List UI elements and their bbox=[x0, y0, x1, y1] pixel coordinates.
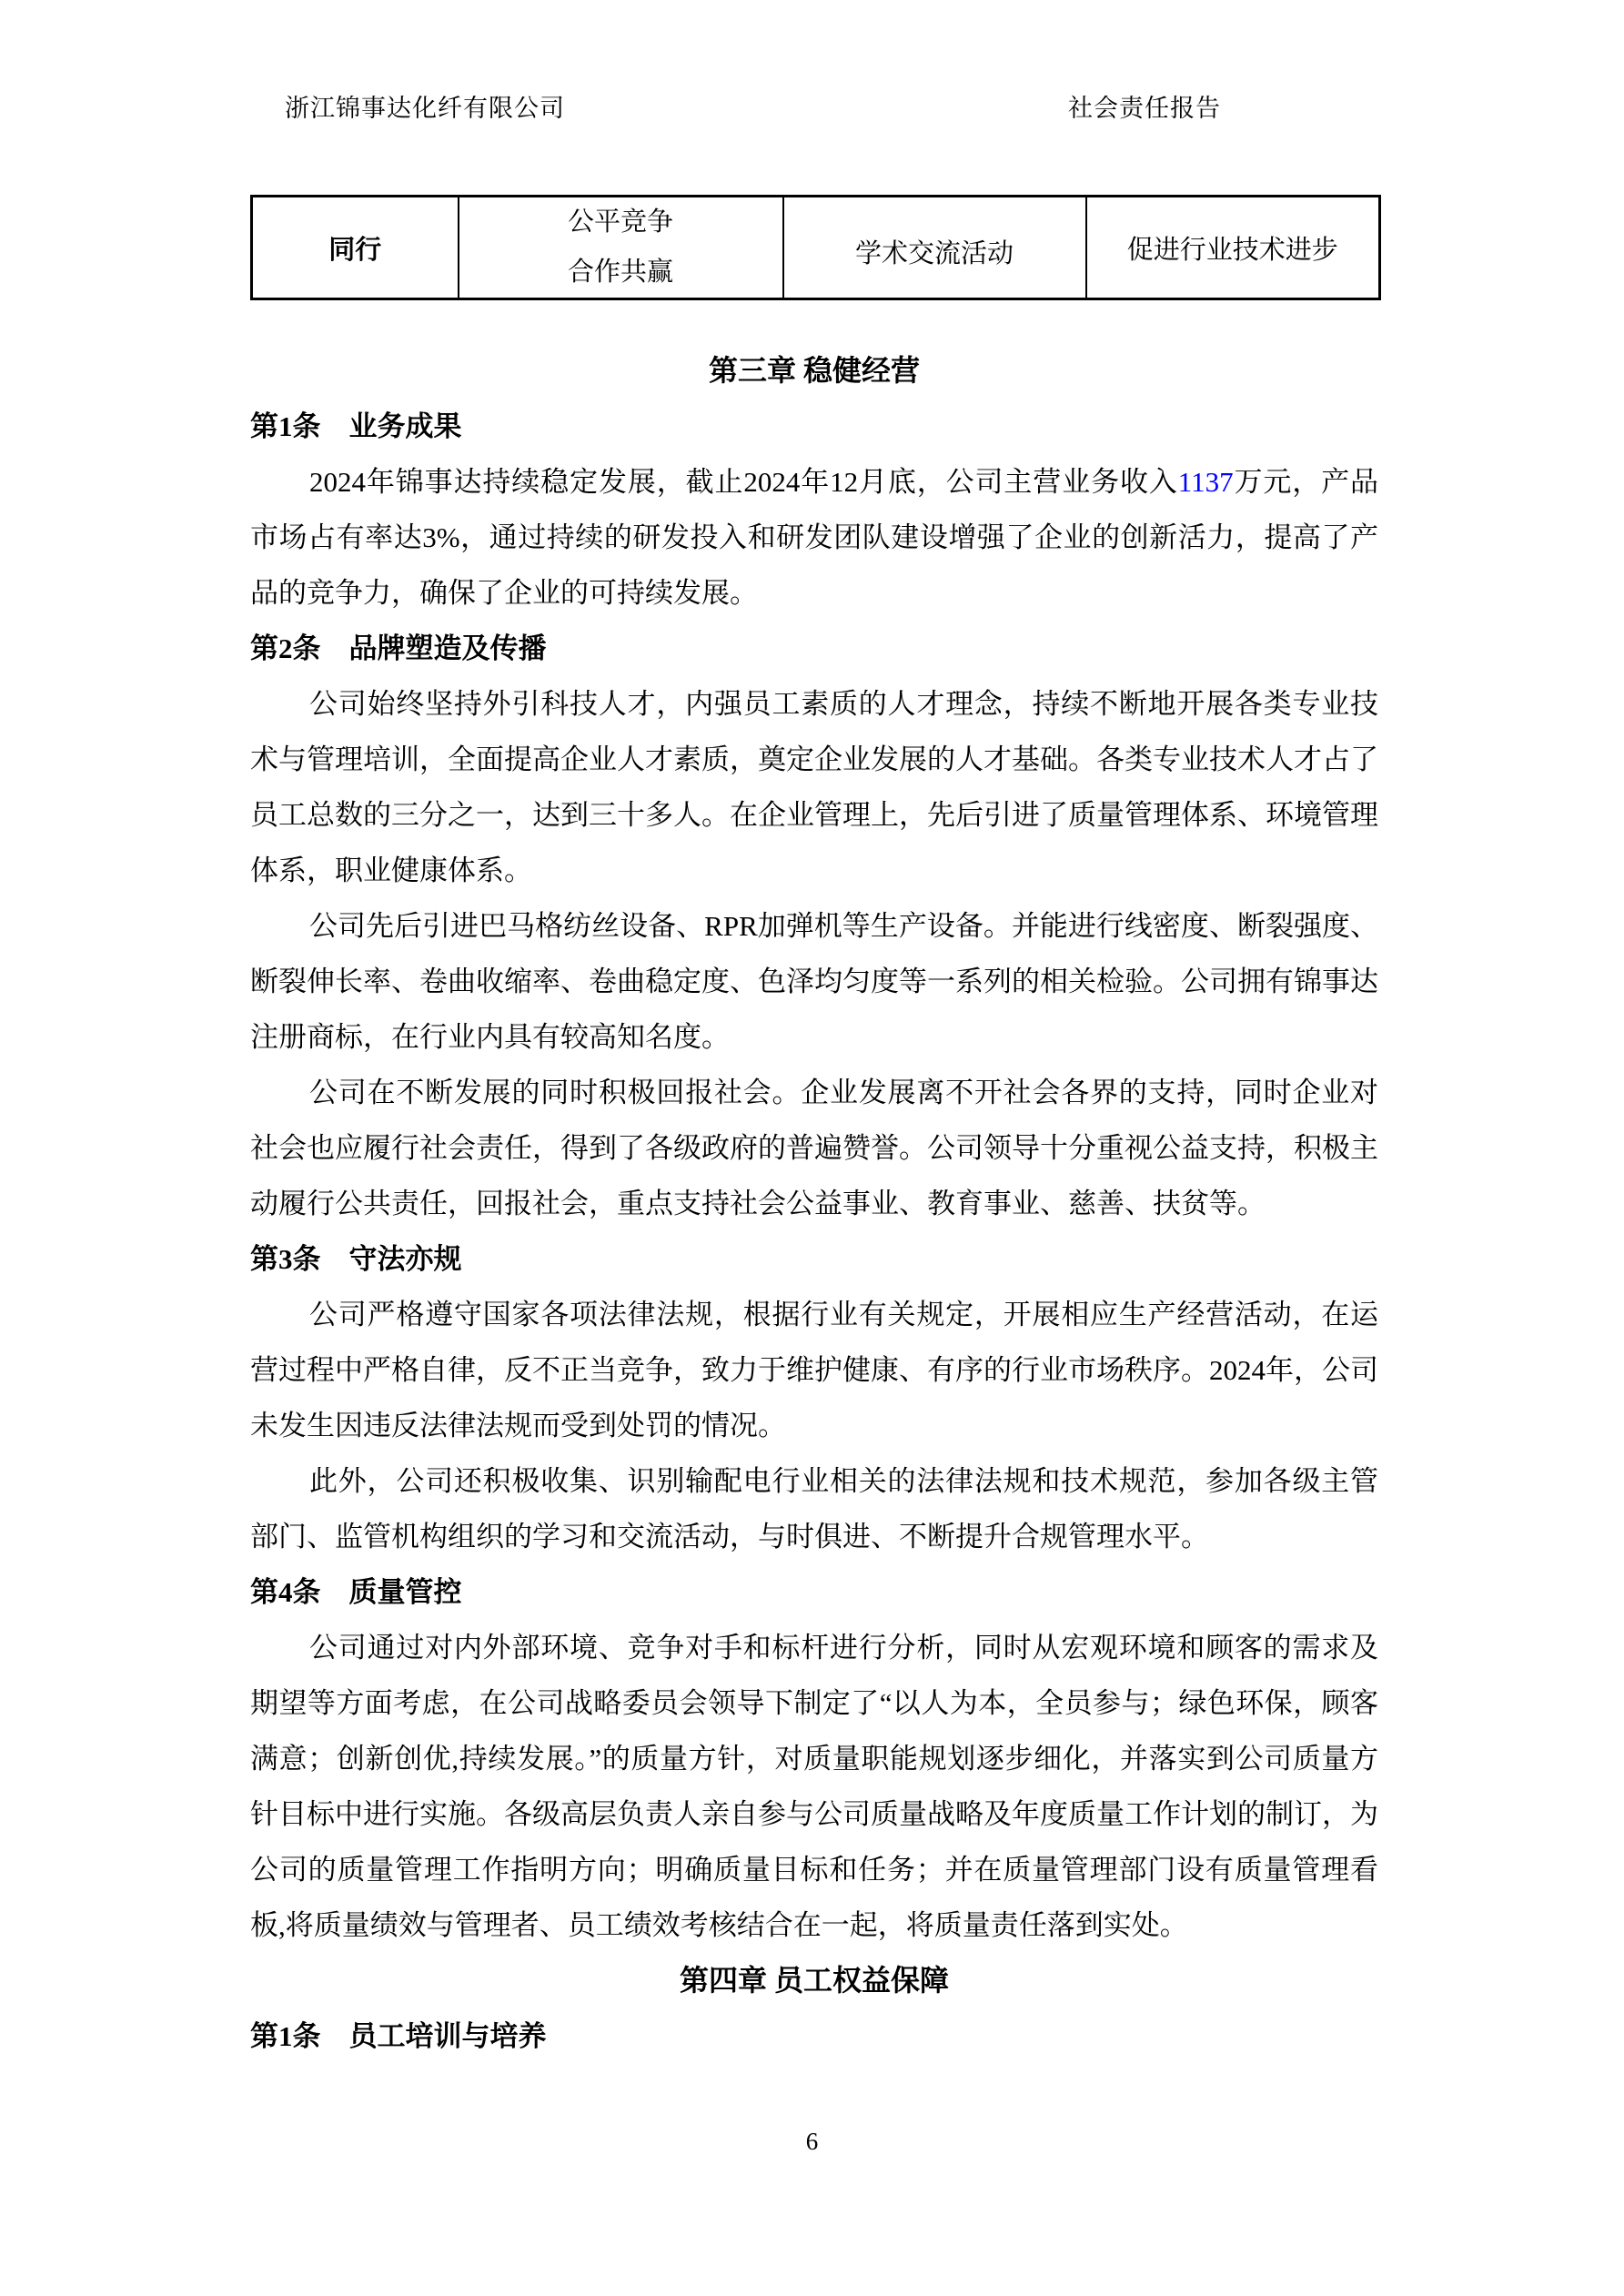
chapter-4-title: 第四章 员工权益保障 bbox=[250, 1953, 1378, 2008]
header-report-title: 社会责任报告 bbox=[1068, 93, 1221, 124]
expectation-line-2: 合作共赢 bbox=[459, 248, 782, 298]
paragraph-talent-management: 公司始终坚持外引科技人才，内强员工素质的人才理念，持续不断地开展各类专业技术与管… bbox=[250, 676, 1378, 898]
revenue-sentence-prefix: 2024年锦事达持续稳定发展，截止2024年12月底，公司主营业务收入 bbox=[309, 466, 1178, 498]
cell-communication: 学术交流活动 bbox=[783, 197, 1086, 299]
paragraph-quality-policy: 公司通过对内外部环境、竞争对手和标杆进行分析，同时从宏观环境和顾客的需求及期望等… bbox=[250, 1620, 1378, 1953]
clause-heading-employee-training: 第1条 员工培训与培养 bbox=[250, 2008, 1378, 2064]
revenue-value: 1137 bbox=[1178, 466, 1234, 498]
header-company-name: 浙江锦事达化纤有限公司 bbox=[285, 93, 565, 124]
cell-response: 促进行业技术进步 bbox=[1086, 197, 1380, 299]
cell-expectation: 公平竞争 合作共赢 bbox=[459, 197, 783, 299]
document-page: 浙江锦事达化纤有限公司 社会责任报告 同行 公平竞争 合作共赢 学术交流活动 促… bbox=[0, 0, 1624, 2296]
clause-heading-brand-building: 第2条 品牌塑造及传播 bbox=[250, 621, 1378, 676]
clause-heading-business-results: 第1条 业务成果 bbox=[250, 399, 1378, 454]
stakeholder-table-row: 同行 公平竞争 合作共赢 学术交流活动 促进行业技术进步 bbox=[252, 197, 1380, 299]
communication-text: 学术交流活动 bbox=[784, 224, 1085, 272]
clause-heading-legal-compliance: 第3条 守法亦规 bbox=[250, 1231, 1378, 1287]
stakeholder-table: 同行 公平竞争 合作共赢 学术交流活动 促进行业技术进步 bbox=[250, 195, 1381, 300]
paragraph-social-giving: 公司在不断发展的同时积极回报社会。企业发展离不开社会各界的支持，同时企业对社会也… bbox=[250, 1065, 1378, 1231]
page-number: 6 bbox=[0, 2128, 1624, 2156]
paragraph-business-results: 2024年锦事达持续稳定发展，截止2024年12月底，公司主营业务收入1137万… bbox=[250, 454, 1378, 621]
clause-heading-quality-control: 第4条 质量管控 bbox=[250, 1564, 1378, 1620]
paragraph-regulation-learning: 此外，公司还积极收集、识别输配电行业相关的法律法规和技术规范，参加各级主管部门、… bbox=[250, 1453, 1378, 1564]
document-body: 第三章 稳健经营 第1条 业务成果 2024年锦事达持续稳定发展，截止2024年… bbox=[250, 343, 1378, 2064]
chapter-3-title: 第三章 稳健经营 bbox=[250, 343, 1378, 399]
expectation-line-1: 公平竞争 bbox=[459, 197, 782, 248]
cell-stakeholder: 同行 bbox=[252, 197, 459, 299]
paragraph-law-abiding: 公司严格遵守国家各项法律法规，根据行业有关规定，开展相应生产经营活动，在运营过程… bbox=[250, 1287, 1378, 1453]
paragraph-equipment-testing: 公司先后引进巴马格纺丝设备、RPR加弹机等生产设备。并能进行线密度、断裂强度、断… bbox=[250, 898, 1378, 1065]
